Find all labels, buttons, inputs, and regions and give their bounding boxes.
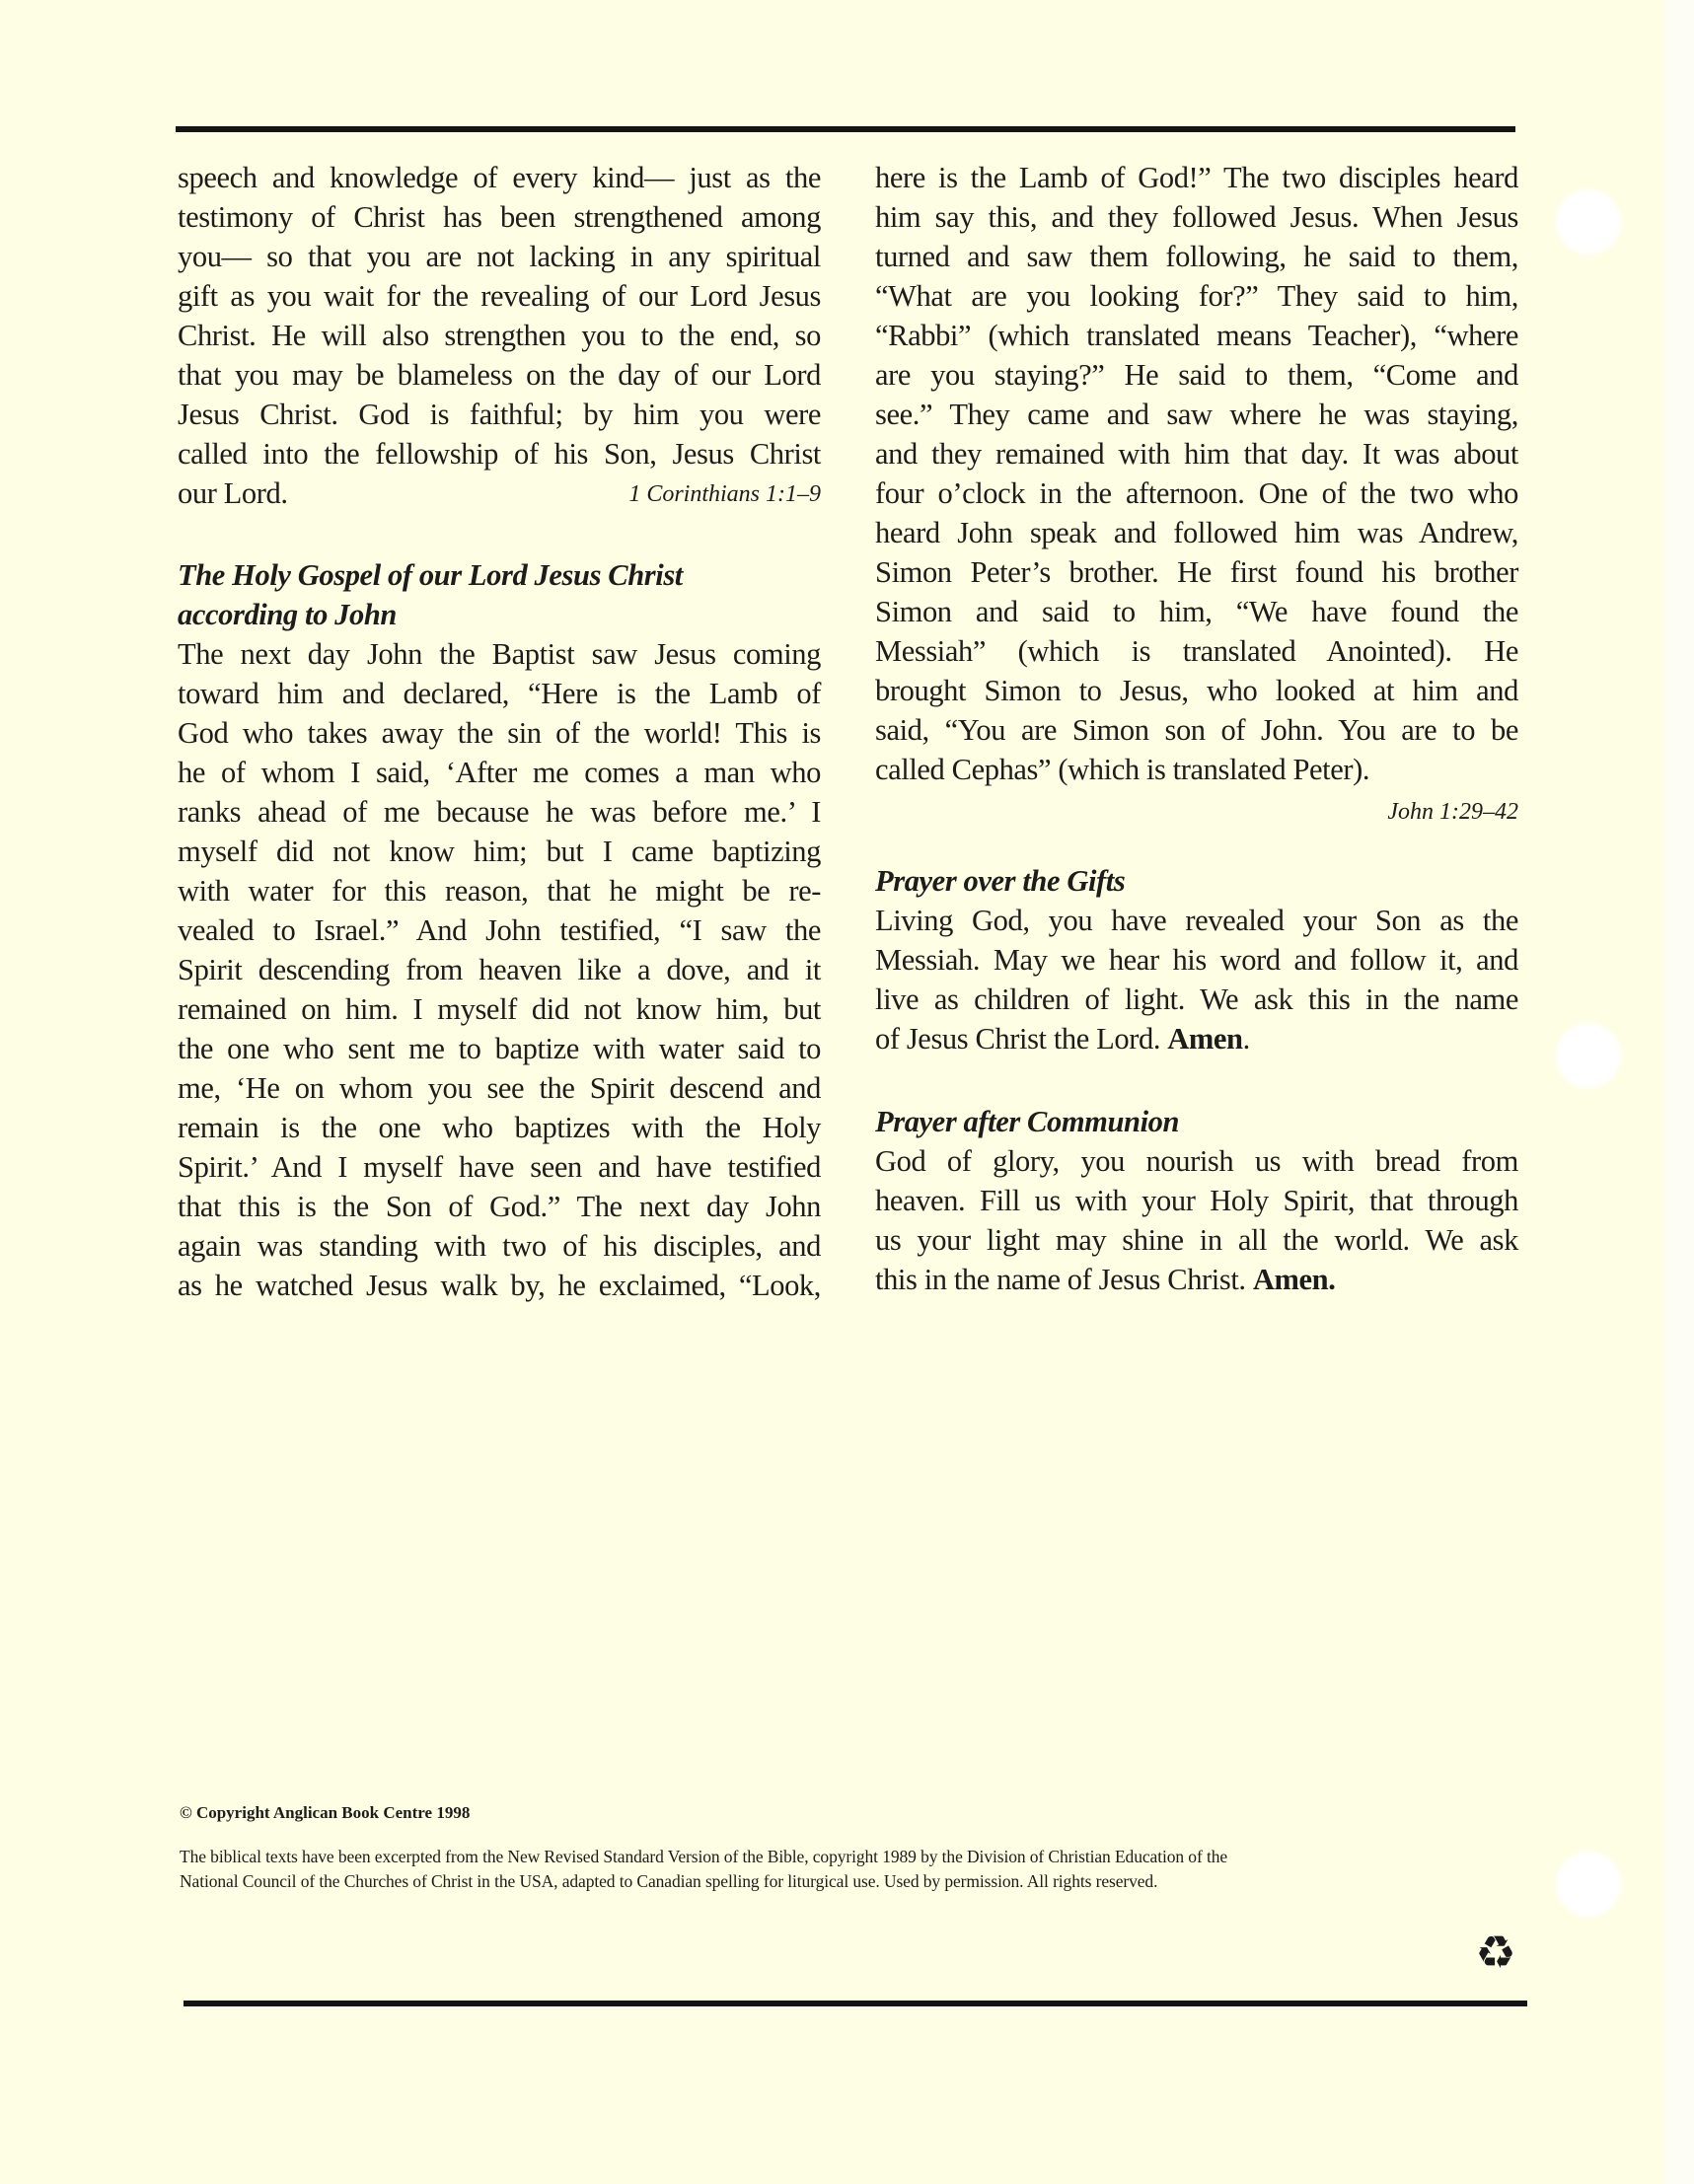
left-column: speech and knowledge of every kind— just… [178,158,821,1312]
body-line: turned and saw them following, he said t… [875,237,1518,276]
body-line: remain is the one who baptizes with the … [178,1108,821,1147]
right-column: here is the Lamb of God!” The two discip… [875,158,1518,1312]
permission-notice-line: National Council of the Churches of Chri… [180,1869,1521,1893]
body-line: are you staying?” He said to them, “Come… [875,355,1518,395]
body-line: brought Simon to Jesus, who looked at hi… [875,671,1518,710]
amen-period: . [1243,1022,1250,1056]
top-rule [176,126,1515,132]
body-line: with water for this reason, that he migh… [178,871,821,910]
body-line: myself did not know him; but I came bapt… [178,832,821,871]
body-line: remained on him. I myself did not know h… [178,989,821,1029]
body-line: heaven. Fill us with your Holy Spirit, t… [875,1181,1518,1220]
body-text: of Jesus Christ the Lord. [875,1022,1167,1056]
body-line: Simon Peter’s brother. He first found hi… [875,552,1518,592]
body-line: you— so that you are not lacking in any … [178,237,821,276]
body-line: of Jesus Christ the Lord. Amen. [875,1019,1518,1058]
body-line: four o’clock in the afternoon. One of th… [875,473,1518,513]
amen: Amen [1167,1022,1242,1056]
body-line: Christ. He will also strengthen you to t… [178,316,821,355]
body-line: he of whom I said, ‘After me comes a man… [178,753,821,792]
punch-hole [1559,192,1618,252]
copyright-notice: © Copyright Anglican Book Centre 1998 [180,1803,470,1823]
amen: Amen. [1253,1263,1336,1296]
page-edge [1664,0,1694,2184]
body-line: testimony of Christ has been strengthene… [178,197,821,237]
body-line: heard John speak and followed him was An… [875,513,1518,552]
body-line: again was standing with two of his disci… [178,1226,821,1266]
body-line: this in the name of Jesus Christ. Amen. [875,1260,1518,1299]
body-line: Spirit descending from heaven like a dov… [178,950,821,989]
section-heading: Prayer over the Gifts [875,861,1518,901]
body-line: Jesus Christ. God is faithful; by him yo… [178,395,821,434]
body-line: see.” They came and saw where he was sta… [875,395,1518,434]
body-line: Messiah. May we hear his word and follow… [875,940,1518,980]
body-line: The next day John the Baptist saw Jesus … [178,634,821,674]
body-line: and they remained with him that day. It … [875,434,1518,473]
section-heading: according to John [178,595,821,634]
punch-hole [1559,1855,1618,1914]
body-line: Spirit.’ And I myself have seen and have… [178,1147,821,1187]
bottom-rule [184,2001,1527,2006]
body-line: that you may be blameless on the day of … [178,355,821,395]
body-line: Living God, you have revealed your Son a… [875,901,1518,940]
body-line: vealed to Israel.” And John testified, “… [178,910,821,950]
body-line: us your light may shine in all the world… [875,1220,1518,1260]
body-line: the one who sent me to baptize with wate… [178,1029,821,1068]
scripture-reference: 1 Corinthians 1:1–9 [628,479,821,509]
body-line: Simon and said to him, “We have found th… [875,592,1518,631]
body-line: speech and knowledge of every kind— just… [178,158,821,197]
body-line: here is the Lamb of God!” The two discip… [875,158,1518,197]
body-line: live as children of light. We ask this i… [875,980,1518,1019]
body-line: ranks ahead of me because he was before … [178,792,821,832]
section-heading: The Holy Gospel of our Lord Jesus Christ [178,555,821,595]
permission-notice-line: The biblical texts have been excerpted f… [180,1845,1521,1868]
body-line: gift as you wait for the revealing of ou… [178,276,821,316]
body-line: him say this, and they followed Jesus. W… [875,197,1518,237]
section-heading: Prayer after Communion [875,1102,1518,1141]
body-line: called Cephas” (which is translated Pete… [875,750,1518,789]
body-line: “Rabbi” (which translated means Teacher)… [875,316,1518,355]
recycle-icon: ♻ [1472,1929,1519,1977]
body-line: God who takes away the sin of the world!… [178,713,821,753]
scripture-reference: John 1:29–42 [1387,797,1518,827]
body-line: Messiah” (which is translated Anointed).… [875,631,1518,671]
body-text: this in the name of Jesus Christ. [875,1263,1253,1296]
body-line: “What are you looking for?” They said to… [875,276,1518,316]
body-line: called into the fellowship of his Son, J… [178,434,821,473]
body-line: me, ‘He on whom you see the Spirit desce… [178,1068,821,1108]
body-line: God of glory, you nourish us with bread … [875,1141,1518,1181]
body-line: as he watched Jesus walk by, he exclaime… [178,1266,821,1305]
punch-hole [1559,1026,1618,1085]
body-line: said, “You are Simon son of John. You ar… [875,710,1518,750]
body-line: toward him and declared, “Here is the La… [178,674,821,713]
body-line: that this is the Son of God.” The next d… [178,1187,821,1226]
